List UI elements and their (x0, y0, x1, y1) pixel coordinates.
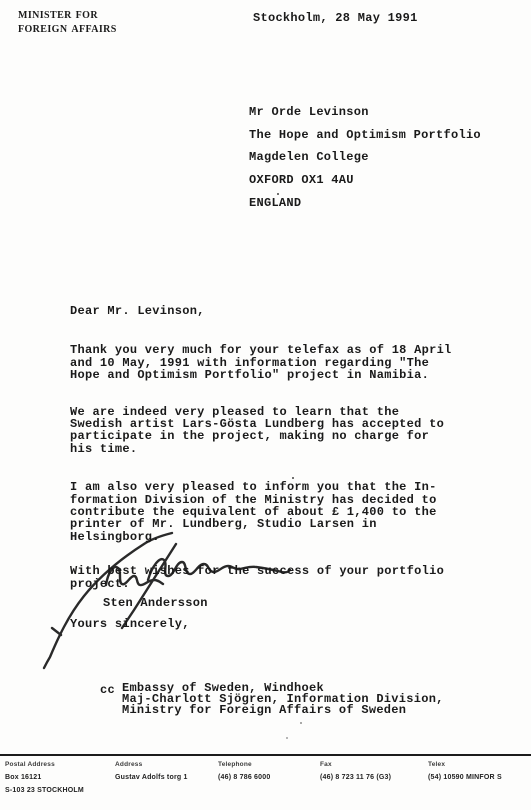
signature-scrawl-last (148, 559, 290, 580)
footer-telex: Telex (54) 10590 MINFOR S (428, 761, 502, 781)
footer-street-address: Address Gustav Adolfs torg 1 (115, 761, 188, 781)
sender-line2: Foreign Affairs (18, 22, 117, 36)
footer-telephone-label: Telephone (218, 761, 270, 768)
letter-page: Minister for Foreign Affairs Stockholm, … (0, 0, 531, 810)
recipient-city: OXFORD OX1 4AU (249, 175, 481, 186)
salutation: Dear Mr. Levinson, (70, 305, 480, 317)
footer-postal-box: Box 16121 (5, 774, 84, 781)
signature-hook-stroke (52, 628, 61, 635)
scan-speck (277, 193, 279, 195)
sender-block: Minister for Foreign Affairs (18, 8, 117, 36)
footer-fax-label: Fax (320, 761, 391, 768)
scan-speck (300, 722, 302, 724)
cc-block: cc Embassy of Sweden, Windhoek Maj-Charl… (100, 683, 444, 717)
footer-telephone-value: (46) 8 786 6000 (218, 774, 270, 781)
recipient-college: Magdelen College (249, 152, 481, 163)
footer-postal-address: Postal Address Box 16121 S-103 23 STOCKH… (5, 761, 84, 794)
recipient-address: Mr Orde Levinson The Hope and Optimism P… (249, 96, 481, 220)
scan-speck (286, 737, 288, 739)
footer-address-value: Gustav Adolfs torg 1 (115, 774, 188, 781)
recipient-country: ENGLAND (249, 198, 481, 209)
footer-fax-value: (46) 8 723 11 76 (G3) (320, 774, 391, 781)
scan-speck (292, 477, 294, 479)
paragraph-1: Thank you very much for your telefax as … (70, 344, 480, 381)
footer-fax: Fax (46) 8 723 11 76 (G3) (320, 761, 391, 781)
sender-line1: Minister for (18, 8, 117, 22)
footer-telephone: Telephone (46) 8 786 6000 (218, 761, 270, 781)
footer-telex-value: (54) 10590 MINFOR S (428, 774, 502, 781)
signer-name: Sten Andersson (103, 596, 208, 610)
cc-recipients: Embassy of Sweden, Windhoek Maj-Charlott… (122, 683, 444, 717)
signature-slash-stroke (122, 544, 176, 628)
cc-label: cc (100, 683, 115, 717)
recipient-name: Mr Orde Levinson (249, 107, 481, 118)
footer-contact-info: Postal Address Box 16121 S-103 23 STOCKH… (0, 761, 531, 807)
footer-divider (0, 754, 531, 756)
footer-postal-city: S-103 23 STOCKHOLM (5, 787, 84, 794)
footer-postal-label: Postal Address (5, 761, 84, 768)
footer-address-label: Address (115, 761, 188, 768)
dateline: Stockholm, 28 May 1991 (253, 12, 418, 25)
paragraph-2: We are indeed very pleased to learn that… (70, 406, 480, 456)
footer-telex-label: Telex (428, 761, 502, 768)
recipient-org: The Hope and Optimism Portfolio (249, 130, 481, 141)
